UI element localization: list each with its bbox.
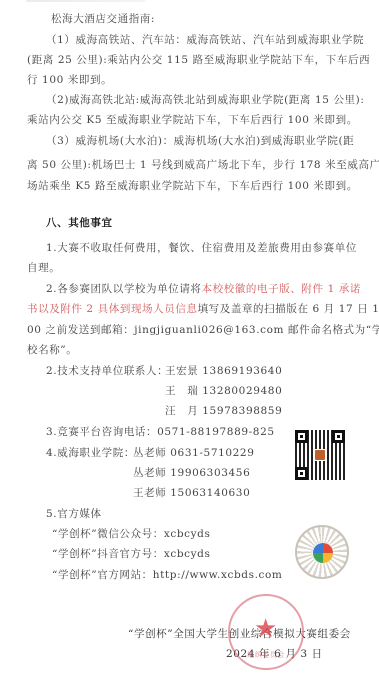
contact-name: 王宏景 — [165, 365, 198, 377]
school-contact-3: 王老师 15063140630 — [133, 486, 250, 500]
mini-program-code-icon — [295, 525, 349, 579]
tech-support-label: 2.技术支持单位联系人： — [46, 364, 168, 378]
qr-finder-icon — [295, 467, 308, 480]
document-page: 松海大酒店交通指南: （1）威海高铁站、汽车站：威海高铁站、汽车站到威海职业学院… — [0, 0, 379, 687]
item-2-line-2: 书以及附件 2 具体到现场人员信息填写及盖章的扫描版在 6 月 17 日 17: — [27, 302, 379, 316]
tech-contact-2: 王 瑞 13280029480 — [165, 384, 282, 398]
transport-item-1-line-3: 行 100 米即到。 — [27, 73, 112, 87]
media-website-value[interactable]: http://www.xcbds.com — [153, 569, 283, 581]
contact-phone: 15978398859 — [202, 405, 282, 417]
platform-phone-label: 3.竞赛平台咨询电话： — [46, 426, 157, 438]
transport-item-2-line-1: （2)威海高铁北站:威海高铁北站到威海职业学院(距离 15 公里): — [46, 93, 364, 107]
qr-logo-icon — [314, 449, 326, 461]
media-douyin: “学创杯”抖音官方号：xcbcyds — [52, 547, 211, 561]
section-heading-other-matters: 八、其他事宜 — [46, 216, 113, 230]
media-wechat-value: xcbcyds — [164, 528, 211, 540]
media-wechat: “学创杯”微信公众号：xcbcyds — [52, 527, 211, 541]
contact-name: 王 瑞 — [165, 385, 198, 397]
contact-phone: 19906303456 — [170, 467, 250, 479]
contact-name: 王老师 — [133, 487, 166, 499]
qr-finder-icon — [332, 430, 345, 443]
item-1-line-1: 1.大赛不收取任何费用，餐饮、住宿费用及差旅费用由参赛单位 — [46, 241, 357, 255]
contact-name: 汪 月 — [165, 405, 198, 417]
contact-name: 丛老师 — [133, 467, 166, 479]
transport-item-3-line-1: （3）威海机场(大水泊)：威海机场(大水泊)到威海职业学院(距 — [46, 134, 354, 148]
platform-phone-value: 0571-88197889-825 — [157, 426, 275, 438]
item-2-line-4: 校名称”。 — [27, 343, 77, 357]
contact-name: 丛老师 — [133, 447, 166, 459]
cropped-previous-line — [26, 0, 146, 2]
media-wechat-label: “学创杯”微信公众号： — [52, 528, 164, 540]
platform-phone: 3.竞赛平台咨询电话：0571-88197889-825 — [46, 425, 275, 439]
media-website: “学创杯”官方网站：http://www.xcbds.com — [52, 568, 282, 582]
signature-org: “学创杯”全国大学生创业综合模拟大赛组委会 — [128, 627, 351, 641]
transport-item-3-line-2: 离 50 公里):机场巴士 1 号线到威高广场北下车，步行 178 米至威高广 — [27, 158, 379, 172]
media-label: 5.官方媒体 — [46, 507, 102, 521]
transport-item-1-line-2: (距离 25 公里):乘站内公交 115 路至威海职业学院站下车，下车后西 — [27, 53, 370, 67]
item-2-line-2-suffix: 填写及盖章的扫描版在 6 月 17 日 17: — [198, 303, 379, 315]
transport-item-1-line-1: （1）威海高铁站、汽车站：威海高铁站、汽车站到威海职业学院 — [46, 33, 364, 47]
media-douyin-label: “学创杯”抖音官方号： — [52, 548, 164, 560]
qr-finder-icon — [295, 430, 308, 443]
item-2-line-2-highlight: 书以及附件 2 具体到现场人员信息 — [27, 303, 198, 315]
item-1-line-2: 自理。 — [27, 261, 60, 275]
item-2-line-3-email: 00 之前发送到邮箱：jingjiguanli026@163.com 邮件命名格… — [27, 323, 379, 337]
item-2-line-1-prefix: 2.各参赛团队以学校为单位请将 — [46, 283, 202, 295]
contact-phone: 13280029480 — [202, 385, 282, 397]
school-contact-1: 丛老师 0631-5710229 — [133, 446, 255, 460]
contact-phone: 0631-5710229 — [170, 447, 254, 459]
school-contacts-label: 4.威海职业学院： — [46, 446, 135, 460]
transport-item-3-line-3: 场站乘坐 K5 路至威海职业学院站下车，下车后西行 100 米即到。 — [27, 179, 358, 193]
signature-date: 2024 年 6 月 3 日 — [226, 647, 323, 661]
item-2-line-1: 2.各参赛团队以学校为单位请将本校校徽的电子版、附件 1 承诺 — [46, 282, 361, 296]
school-contact-2: 丛老师 19906303456 — [133, 466, 250, 480]
media-douyin-value: xcbcyds — [164, 548, 211, 560]
media-website-label: “学创杯”官方网站： — [52, 569, 153, 581]
wechat-qr-code-icon — [295, 430, 345, 480]
mini-program-logo-icon — [313, 543, 333, 563]
item-2-line-1-highlight: 本校校徽的电子版、附件 1 承诺 — [202, 283, 361, 295]
contact-phone: 13869193640 — [202, 365, 282, 377]
transport-title: 松海大酒店交通指南: — [51, 12, 155, 26]
tech-contact-3: 汪 月 15978398859 — [165, 404, 282, 418]
contact-phone: 15063140630 — [170, 487, 250, 499]
transport-item-2-line-2: 乘站内公交 K5 至威海职业学院站下车，下车后西行 100 米即到。 — [27, 113, 358, 127]
tech-contact-1: 王宏景 13869193640 — [165, 364, 282, 378]
